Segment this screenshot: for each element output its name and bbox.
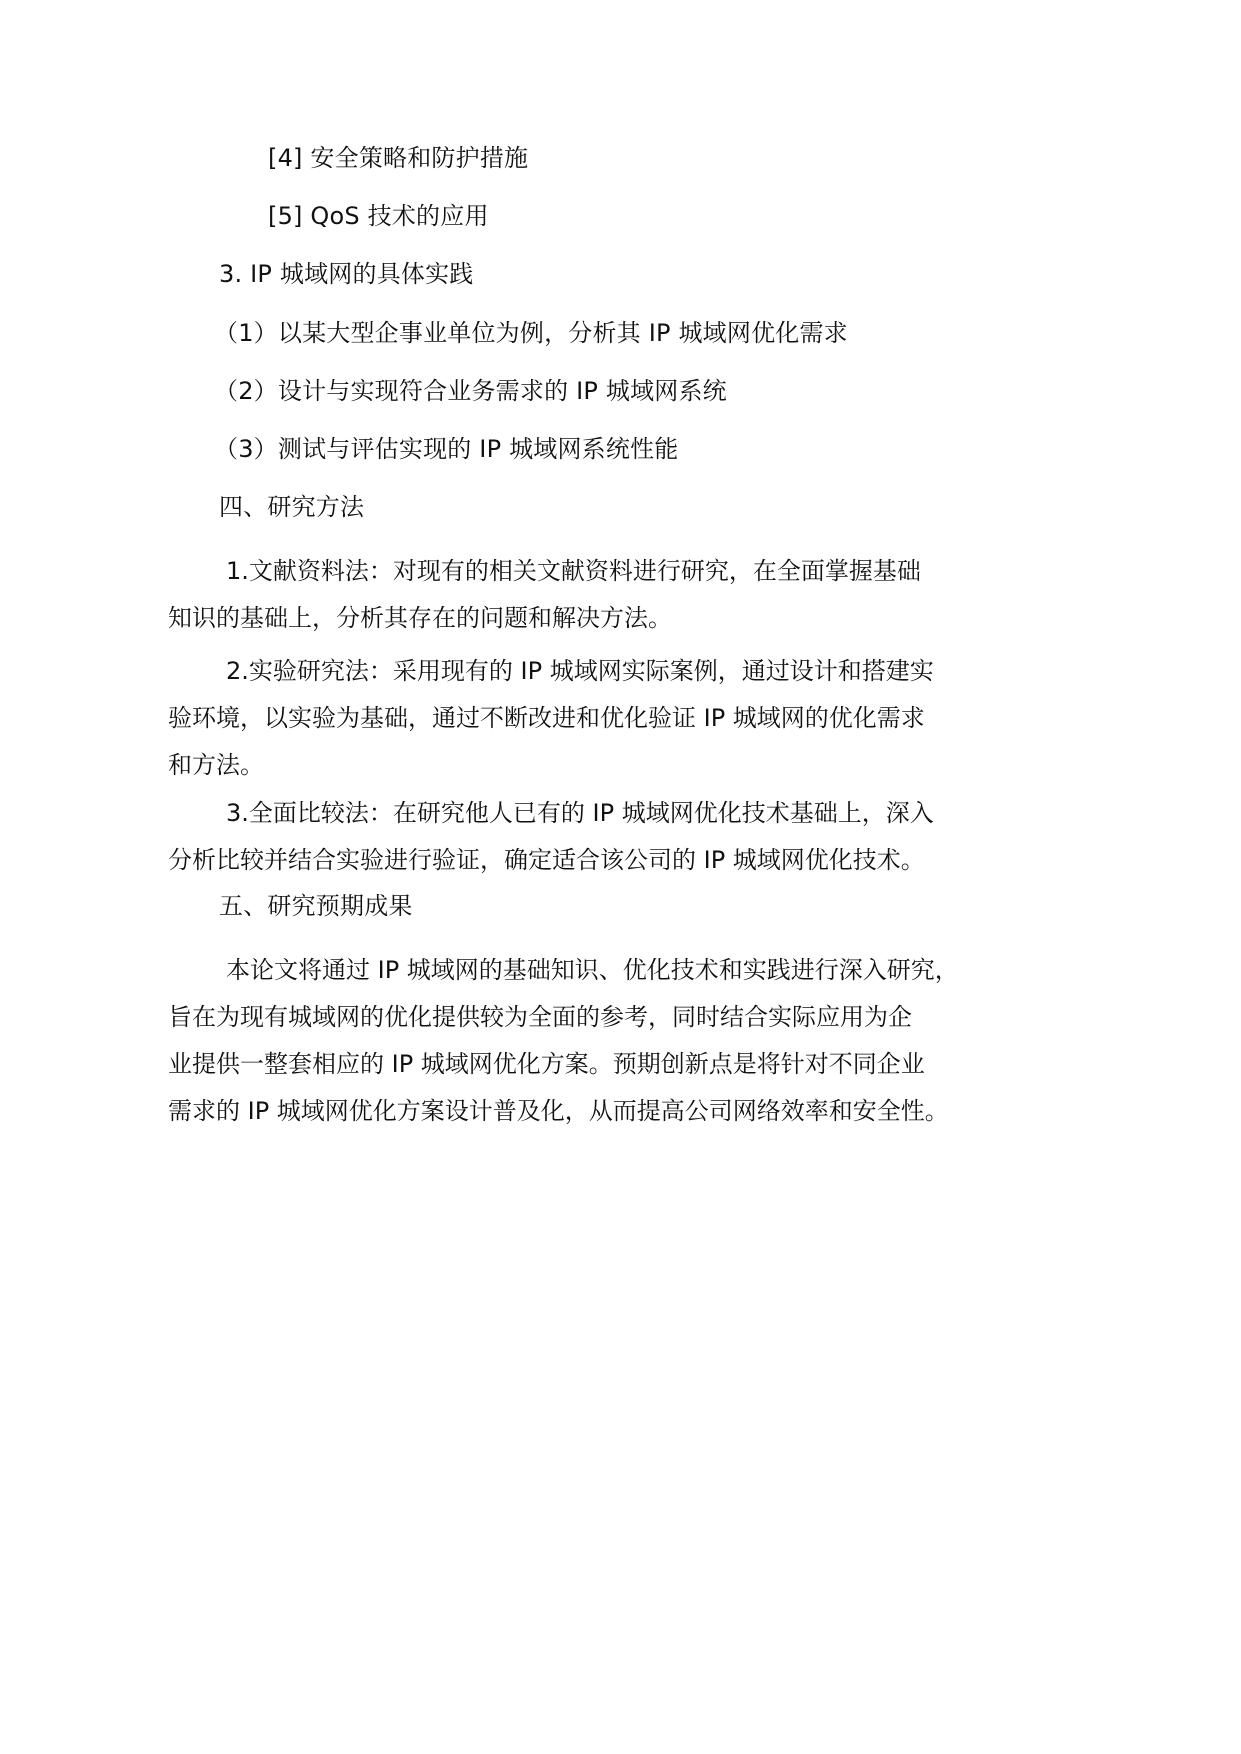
paragraph-line: 验环境，以实验为基础，通过不断改进和优化验证 IP 城域网的优化需求 <box>168 695 1068 742</box>
paragraph-line: 需求的 IP 城域网优化方案设计普及化，从而提高公司网络效率和安全性。 <box>168 1088 1068 1135</box>
paragraph-line: 2.实验研究法：采用现有的 IP 城域网实际案例，通过设计和搭建实 <box>168 648 1068 695</box>
paragraph-line: 和方法。 <box>168 742 1068 789</box>
outline-item-5: [5] QoS 技术的应用 <box>268 201 489 231</box>
outline-item-4: [4] 安全策略和防护措施 <box>268 143 528 173</box>
document-page: [4] 安全策略和防护措施 [5] QoS 技术的应用 3. IP 城域网的具体… <box>0 0 1241 1754</box>
practice-item-3: （3）测试与评估实现的 IP 城域网系统性能 <box>214 434 678 464</box>
paragraph-comparison-method: 3.全面比较法：在研究他人已有的 IP 城域网优化技术基础上，深入 分析比较并结… <box>168 790 1068 884</box>
paragraph-line: 3.全面比较法：在研究他人已有的 IP 城域网优化技术基础上，深入 <box>168 790 1068 837</box>
paragraph-line: 旨在为现有城域网的优化提供较为全面的参考，同时结合实际应用为企 <box>168 994 1068 1041</box>
paragraph-line: 1.文献资料法：对现有的相关文献资料进行研究，在全面掌握基础 <box>168 548 1068 595</box>
section-heading-expected-results: 五、研究预期成果 <box>219 891 413 921</box>
paragraph-line: 知识的基础上，分析其存在的问题和解决方法。 <box>168 595 1068 642</box>
paragraph-line: 分析比较并结合实验进行验证，确定适合该公司的 IP 城域网优化技术。 <box>168 837 1068 884</box>
paragraph-expected-results: 本论文将通过 IP 城域网的基础知识、优化技术和实践进行深入研究， 旨在为现有城… <box>168 947 1068 1135</box>
paragraph-line: 本论文将通过 IP 城域网的基础知识、优化技术和实践进行深入研究， <box>168 947 1068 994</box>
paragraph-experiment-method: 2.实验研究法：采用现有的 IP 城域网实际案例，通过设计和搭建实 验环境，以实… <box>168 648 1068 789</box>
section-heading-research-methods: 四、研究方法 <box>219 492 364 522</box>
practice-item-2: （2）设计与实现符合业务需求的 IP 城域网系统 <box>214 376 727 406</box>
practice-item-1: （1）以某大型企事业单位为例，分析其 IP 城域网优化需求 <box>214 318 848 348</box>
paragraph-literature-method: 1.文献资料法：对现有的相关文献资料进行研究，在全面掌握基础 知识的基础上，分析… <box>168 548 1068 642</box>
paragraph-line: 业提供一整套相应的 IP 城域网优化方案。预期创新点是将针对不同企业 <box>168 1041 1068 1088</box>
subsection-heading-3: 3. IP 城域网的具体实践 <box>219 259 474 289</box>
